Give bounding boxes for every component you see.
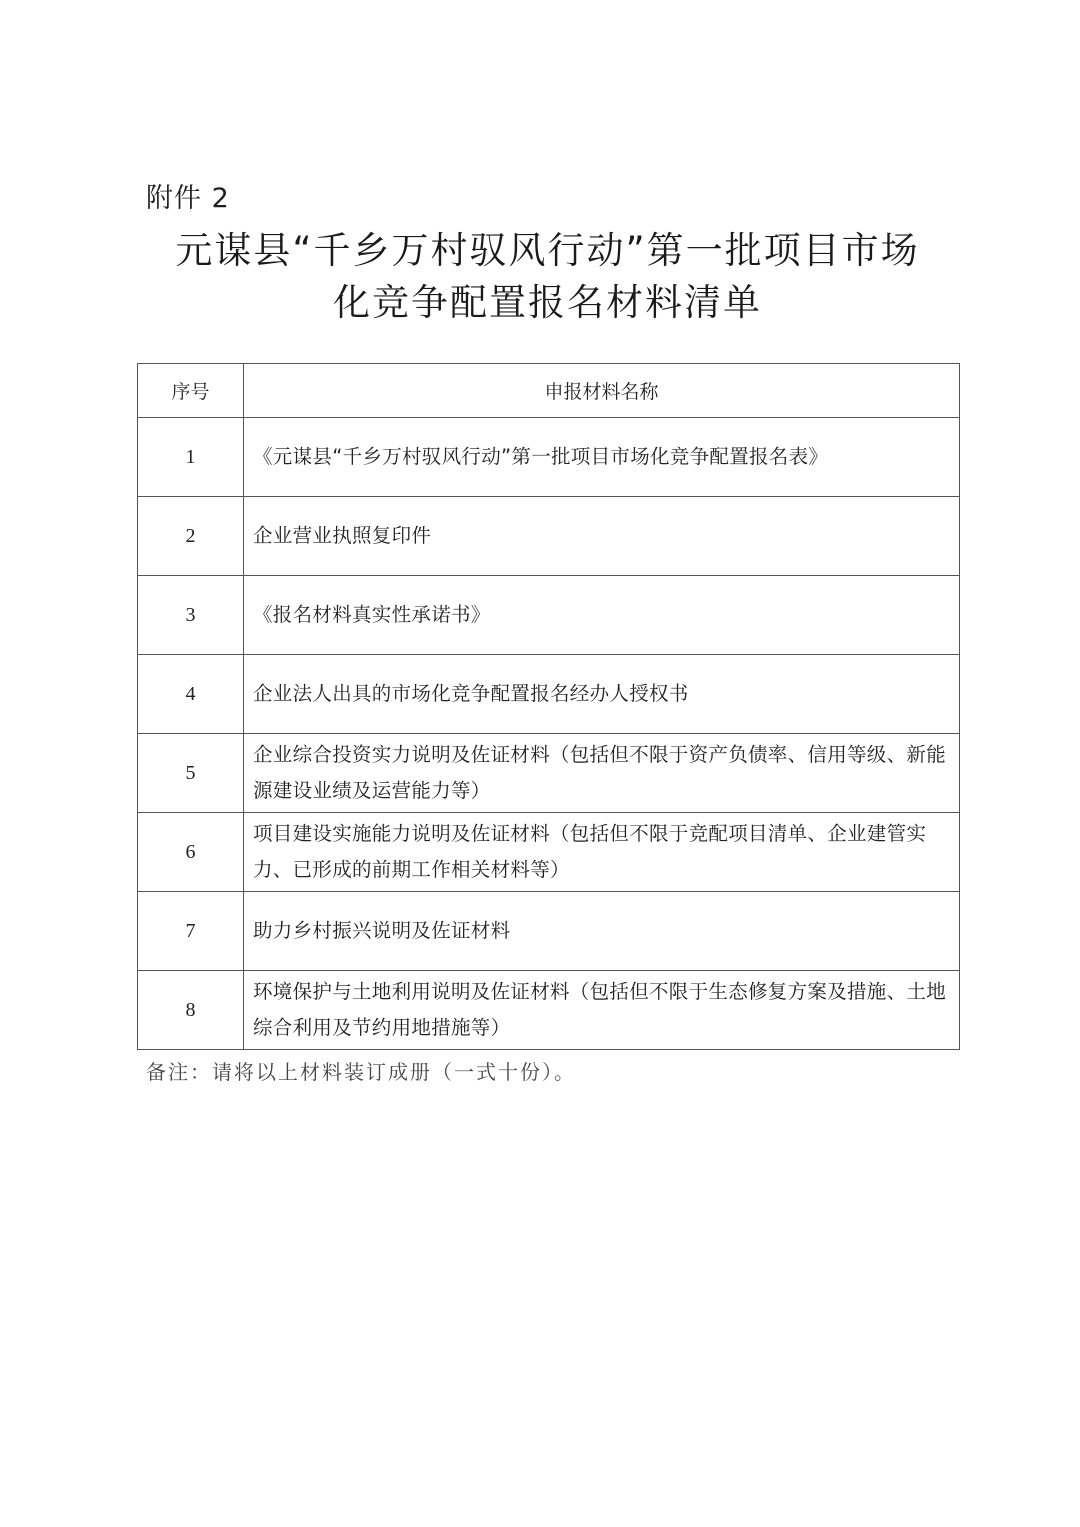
header-index: 序号 [138,364,244,418]
footnote: 备注：请将以上材料装订成册（一式十份）。 [146,1056,576,1085]
table-row: 5 企业综合投资实力说明及佐证材料（包括但不限于资产负债率、信用等级、新能源建设… [138,734,960,813]
row-material-name: 助力乡村振兴说明及佐证材料 [244,892,960,971]
materials-table: 序号 申报材料名称 1 《元谋县“千乡万村驭风行动”第一批项目市场化竞争配置报名… [137,363,960,1050]
row-material-name: 企业法人出具的市场化竞争配置报名经办人授权书 [244,655,960,734]
row-material-name: 《元谋县“千乡万村驭风行动”第一批项目市场化竞争配置报名表》 [244,418,960,497]
header-material-name: 申报材料名称 [244,364,960,418]
row-material-name: 环境保护与土地利用说明及佐证材料（包括但不限于生态修复方案及措施、土地综合利用及… [244,971,960,1050]
table-row: 8 环境保护与土地利用说明及佐证材料（包括但不限于生态修复方案及措施、土地综合利… [138,971,960,1050]
row-material-name: 《报名材料真实性承诺书》 [244,576,960,655]
row-material-name: 企业综合投资实力说明及佐证材料（包括但不限于资产负债率、信用等级、新能源建设业绩… [244,734,960,813]
row-index: 6 [138,813,244,892]
row-material-name: 企业营业执照复印件 [244,497,960,576]
row-index: 3 [138,576,244,655]
table-row: 3 《报名材料真实性承诺书》 [138,576,960,655]
document-title-line-2: 化竞争配置报名材料清单 [130,272,965,326]
table-row: 4 企业法人出具的市场化竞争配置报名经办人授权书 [138,655,960,734]
row-index: 2 [138,497,244,576]
table-header-row: 序号 申报材料名称 [138,364,960,418]
row-index: 7 [138,892,244,971]
table-row: 6 项目建设实施能力说明及佐证材料（包括但不限于竞配项目清单、企业建管实力、已形… [138,813,960,892]
row-index: 4 [138,655,244,734]
document-title-line-1: 元谋县“千乡万村驭风行动”第一批项目市场 [130,220,965,274]
row-index: 8 [138,971,244,1050]
row-index: 5 [138,734,244,813]
attachment-label: 附件 2 [146,176,230,215]
table-row: 2 企业营业执照复印件 [138,497,960,576]
row-material-name: 项目建设实施能力说明及佐证材料（包括但不限于竞配项目清单、企业建管实力、已形成的… [244,813,960,892]
table-row: 1 《元谋县“千乡万村驭风行动”第一批项目市场化竞争配置报名表》 [138,418,960,497]
row-index: 1 [138,418,244,497]
table-row: 7 助力乡村振兴说明及佐证材料 [138,892,960,971]
